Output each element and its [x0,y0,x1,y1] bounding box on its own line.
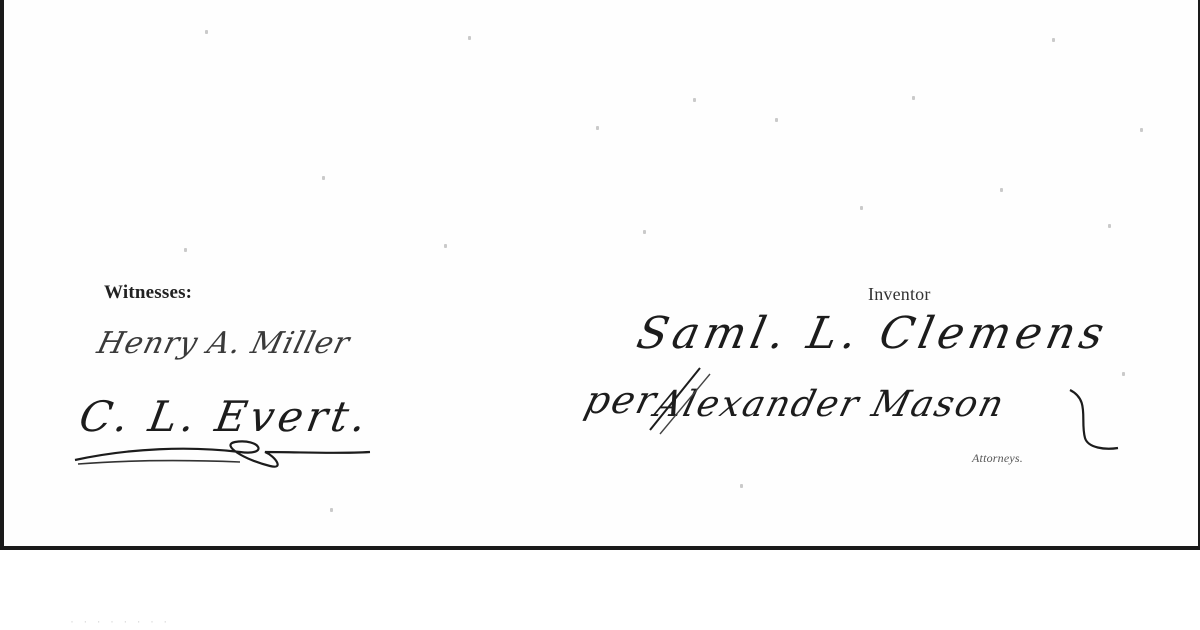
scan-speck [740,484,743,488]
scan-speck [643,230,646,234]
scan-speck [322,176,325,180]
inventor-signature: Saml. L. Clemens [633,308,1114,359]
scan-speck [596,126,599,130]
scan-speck [693,98,696,102]
scan-speck [1108,224,1111,228]
scan-speck [1140,128,1143,132]
attorney-flourish-icon [640,360,1120,460]
scan-speck [1052,38,1055,42]
scan-speck [860,206,863,210]
scan-speck [775,118,778,122]
inventor-label: Inventor [868,284,931,305]
attorneys-label: Attorneys. [972,451,1023,466]
scan-speck [912,96,915,100]
witness-signature-miller: Henry A. Miller [94,326,354,361]
footer-faint-text: · · · · · · · · [70,614,170,628]
scan-speck [184,248,187,252]
scan-speck [1000,188,1003,192]
scan-speck [1122,372,1125,376]
witnesses-label: Witnesses: [104,282,192,304]
scan-speck [330,508,333,512]
scan-speck [205,30,208,34]
signature-flourish-icon [70,430,400,480]
scan-speck [444,244,447,248]
scan-speck [468,36,471,40]
